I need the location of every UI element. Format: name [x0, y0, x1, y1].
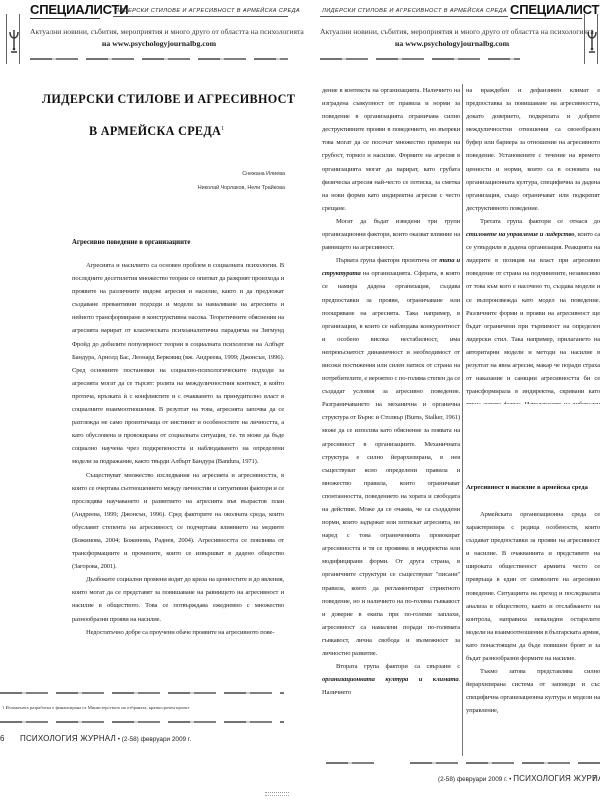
- website-link[interactable]: www.psychologyjournalbg.com: [112, 39, 216, 48]
- author-line-1: Снежана Илиева: [242, 171, 285, 177]
- left-footer: ПСИХОЛОГИЯ ЖУРНАЛ • (2-58) февруари 2009…: [20, 734, 191, 743]
- issue-info: (2-58) февруари 2009 г. •: [438, 776, 511, 783]
- section-subheading: Агресивност и насилие в армейска среда: [466, 484, 588, 491]
- header-tagline: Актуални новини, събития, мероприятия и …: [30, 27, 288, 36]
- page-number-left: 6: [0, 734, 4, 743]
- paragraph: Третата група фактори се отнася до стило…: [466, 215, 600, 404]
- footnote-rule-top: [0, 692, 284, 694]
- header-dashed-rule: [320, 58, 520, 60]
- paragraph: Съществуват множество изследвания на агр…: [72, 469, 284, 574]
- author-line-2: Николай Чорлаков, Нели Трайкова: [198, 185, 285, 191]
- header-rule: [510, 18, 582, 19]
- header-website: на www.psychologyjournalbg.com: [320, 39, 584, 48]
- header-dashed-rule: [30, 58, 288, 60]
- publication-name: ПСИХОЛОГИЯ ЖУРНАЛ: [513, 774, 600, 783]
- article-title-line-2: В АРМЕЙСКА СРЕДА1: [89, 124, 224, 139]
- paragraph: Могат да бъдат изведени три групи органи…: [322, 215, 460, 254]
- running-head-rule: [113, 16, 288, 17]
- website-link[interactable]: www.psychologyjournalbg.com: [405, 39, 509, 48]
- page-number-right: 7: [592, 774, 596, 783]
- footer-rule-long: [410, 762, 600, 764]
- right-page-column-2-continued: Армейската организационна среда се харак…: [466, 508, 600, 756]
- psi-icon: [8, 28, 20, 54]
- right-page: ЛИДЕРСКИ СТИЛОВЕ И АГРЕСИВНОСТ В АРМЕЙСК…: [300, 0, 600, 800]
- publication-name: ПСИХОЛОГИЯ ЖУРНАЛ: [20, 734, 116, 743]
- right-page-column-2: на враждебен и дефанзивен климат е предп…: [466, 84, 600, 404]
- paragraph: дение в контекста на организацията. Нали…: [322, 84, 460, 215]
- header-rule: [30, 18, 100, 19]
- column-divider: [462, 84, 463, 756]
- scan-artifact: [265, 792, 289, 796]
- article-title-line-1: ЛИДЕРСКИ СТИЛОВЕ И АГРЕСИВНОСТ: [42, 92, 295, 107]
- header-tagline: Актуални новини, събития, мероприятия и …: [320, 27, 584, 36]
- footnote: 1 Изложената разработка е финансирана от…: [2, 705, 189, 710]
- running-head-rule: [320, 16, 508, 17]
- right-page-column-1: дение в контекста на организацията. Нали…: [322, 84, 460, 756]
- left-page: СПЕЦИАЛИСТИ ЛИДЕРСКИ СТИЛОВЕ И АГРЕСИВНО…: [0, 0, 300, 800]
- header-website: на www.psychologyjournalbg.com: [30, 39, 288, 48]
- section-subheading: Агресивно поведение в организациите: [72, 239, 190, 246]
- footnote-rule-bottom: [0, 721, 284, 723]
- paragraph: на враждебен и дефанзивен климат е предп…: [466, 84, 600, 215]
- paragraph: Агресията и насилието са основен проблем…: [72, 259, 284, 469]
- right-footer: (2-58) февруари 2009 г. • ПСИХОЛОГИЯ ЖУР…: [438, 774, 600, 783]
- left-page-body: Агресията и насилието са основен проблем…: [72, 259, 284, 669]
- journal-logo: [6, 14, 20, 64]
- paragraph: Втората група фактори са свързани с орга…: [322, 660, 460, 699]
- footnote-mark: 1: [221, 126, 224, 132]
- paragraph: Тъкмо затова представлява силно йерархиз…: [466, 665, 600, 717]
- paragraph: Първата група фактори произтича от типа …: [322, 254, 460, 660]
- section-label: СПЕЦИАЛИСТИ: [30, 2, 128, 17]
- running-head: ЛИДЕРСКИ СТИЛОВЕ И АГРЕСИВНОСТ В АРМЕЙСК…: [322, 8, 507, 14]
- journal-logo: [584, 14, 598, 64]
- footer-rule-short: [326, 762, 374, 764]
- running-head: ЛИДЕРСКИ СТИЛОВЕ И АГРЕСИВНОСТ В АРМЕЙСК…: [115, 8, 300, 14]
- paragraph: Недостатъчно добре са проучени обаче про…: [72, 626, 284, 639]
- paragraph: Дълбоките социални промени водят до криз…: [72, 573, 284, 625]
- issue-info: • (2-58) февруари 2009 г.: [118, 736, 191, 743]
- paragraph: Армейската организационна среда се харак…: [466, 508, 600, 665]
